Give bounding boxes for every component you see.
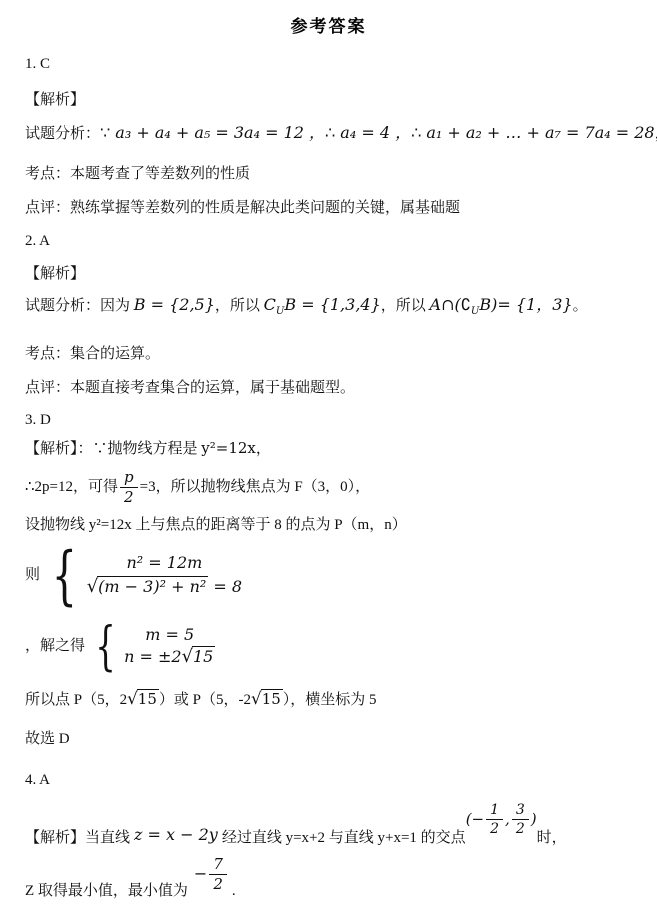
q3-sys2-eq2: n = ±2√15 — [124, 647, 215, 668]
q2-jiexi-label: 【解析】 — [25, 265, 632, 284]
q2-complement-cub: CUB = {1,3,4} — [264, 295, 381, 314]
q4-line2-prefix: Z 取得最小值，最小值为 — [25, 882, 188, 901]
q3-sys1-eq2-rhs: = 8 — [208, 577, 242, 596]
q2-cub-c: C — [264, 295, 276, 314]
sqrt-15: √15 — [251, 690, 283, 708]
q1-analysis-formula: ∵ a₃ + a₄ + a₅ = 3a₄ = 12 ，∴ a₄ = 4 ，∴ a… — [100, 123, 655, 142]
q4-pt-comma: , — [505, 810, 510, 829]
q3-sys1-label: 则 — [25, 566, 40, 585]
q4-line1-mid: 经过直线 y=x+2 与直线 y+x=1 的交点 — [222, 829, 466, 848]
sqrt-15: √15 — [182, 647, 216, 666]
q4-frac-1-2: 12 — [486, 803, 503, 836]
q1-answer: 1. C — [25, 55, 632, 74]
radical-sign: √ — [182, 646, 192, 667]
q2-intersection-rest: B)= {1，3} — [479, 295, 572, 314]
q2-set-b: B = {2,5} — [134, 295, 215, 314]
q3-sys2-eq2-lhs: n = ±2 — [124, 647, 181, 666]
q4-frac-7-2: 72 — [209, 857, 227, 892]
q1-jiexi-label: 【解析】 — [25, 91, 632, 110]
q3-parabola-eq: y²=12x — [201, 439, 256, 457]
q3-line3: 设抛物线 y²=12x 上与焦点的距离等于 8 的点为 P（m，n） — [25, 516, 632, 535]
q4-frac-1-2-num: 1 — [486, 803, 503, 820]
sqrt-expression: √(m − 3)² + n² — [87, 577, 209, 596]
q2-answer: 2. A — [25, 232, 632, 251]
q3-line2: ∴2p=12，可得p2=3，所以抛物线焦点为 F（3，0）， — [25, 470, 632, 505]
q4-frac-7-2-den: 2 — [213, 875, 223, 892]
answer-sheet-page: 参考答案 1. C 【解析】 试题分析：∵ a₃ + a₄ + a₅ = 3a₄… — [0, 0, 657, 914]
q2-cub-rest: B = {1,3,4} — [284, 295, 380, 314]
q3-conclusion: 故选 D — [25, 730, 632, 749]
q4-line2: Z 取得最小值，最小值为 −72 . — [25, 857, 632, 901]
radical-sign: √ — [251, 688, 261, 708]
q4-line1: 【解析】当直线 z = x − 2y 经过直线 y=x+2 与直线 y+x=1 … — [25, 803, 632, 848]
q2-mid2: ，所以 — [381, 298, 430, 314]
q3-line1-prefix: 【解析】：∵抛物线方程是 — [25, 441, 201, 457]
q4-frac-3-2-den: 2 — [516, 820, 525, 836]
q4-min-value: −72 — [194, 857, 229, 892]
radical-sign: √ — [87, 576, 97, 597]
q4-frac-3-2-num: 3 — [512, 803, 529, 820]
minus-sign: − — [194, 864, 207, 884]
q4-frac-7-2-num: 7 — [209, 857, 227, 875]
radical-sign: √ — [127, 688, 137, 708]
radicand: 15 — [261, 689, 283, 708]
q4-frac-1-2-den: 2 — [490, 820, 499, 836]
q4-intersection-point: (−12,32) — [466, 803, 537, 836]
q2-intersection-open: A∩(∁ — [430, 295, 471, 314]
q3-line2-prefix: ∴2p=12，可得 — [25, 478, 118, 497]
q3-sys2-label: ，解之得 — [25, 637, 85, 656]
q2-analysis-line: 试题分析：因为 B = {2,5}，所以 CUB = {1,3,4}，所以 A∩… — [25, 295, 632, 319]
q1-dianping: 点评：熟练掌握等差数列的性质是解决此类问题的关键，属基础题 — [25, 199, 632, 218]
left-brace: { — [95, 621, 116, 673]
q2-kaodian: 考点：集合的运算。 — [25, 345, 632, 364]
q1-kaodian: 考点：本题考查了等差数列的性质 — [25, 165, 632, 184]
q3-frac-p2: p2 — [120, 470, 138, 505]
q3-line4-a: 所以点 P（5，2 — [25, 692, 127, 708]
q3-frac-p2-num: p — [120, 470, 138, 488]
q3-frac-p2-den: 2 — [124, 488, 134, 505]
left-brace: { — [52, 544, 77, 608]
q2-dianping: 点评：本题直接考查集合的运算，属于基础题型。 — [25, 379, 632, 398]
q2-analysis-prefix: 试题分析：因为 — [25, 298, 134, 314]
q4-objective-line-eq: z = x − 2y — [134, 825, 218, 845]
q4-pt-open: (− — [466, 810, 484, 829]
q4-pt-close: ) — [531, 810, 537, 829]
q3-sys1-rows: n² = 12m √(m − 3)² + n² = 8 — [87, 554, 242, 598]
q2-intersection: A∩(∁UB)= {1，3} — [430, 295, 573, 314]
page-title: 参考答案 — [25, 12, 632, 37]
q3-line4-b: ）或 P（5，-2 — [159, 692, 251, 708]
radicand: 15 — [192, 646, 215, 666]
q4-line1-prefix: 【解析】当直线 — [25, 829, 130, 848]
q3-line1: 【解析】：∵抛物线方程是 y²=12x， — [25, 439, 632, 459]
q1-analysis-line: 试题分析：∵ a₃ + a₄ + a₅ = 3a₄ = 12 ，∴ a₄ = 4… — [25, 123, 632, 144]
q3-sys1-eq2: √(m − 3)² + n² = 8 — [87, 577, 242, 598]
q2-period: 。 — [573, 298, 588, 314]
radicand: (m − 3)² + n² — [97, 576, 208, 596]
q4-line2-period: . — [232, 882, 236, 901]
q3-sys1-eq1: n² = 12m — [126, 554, 202, 572]
q4-frac-3-2: 32 — [512, 803, 529, 836]
q1-analysis-prefix: 试题分析： — [25, 126, 100, 142]
q3-line2-suffix: =3，所以抛物线焦点为 F（3，0）， — [140, 478, 371, 497]
q3-sys2-rows: m = 5 n = ±2√15 — [124, 626, 215, 668]
q3-line1-suffix: ， — [256, 441, 271, 457]
q3-answer: 3. D — [25, 411, 632, 430]
q3-line4-c: ），横坐标为 5 — [283, 692, 377, 708]
radicand: 15 — [137, 689, 159, 708]
q3-equation-system-1: 则 { n² = 12m √(m − 3)² + n² = 8 — [25, 544, 632, 608]
q3-line4: 所以点 P（5，2√15）或 P（5，-2√15），横坐标为 5 — [25, 688, 632, 710]
q3-equation-system-2: ，解之得 { m = 5 n = ±2√15 — [25, 621, 632, 673]
q4-answer: 4. A — [25, 771, 632, 790]
q2-mid1: ，所以 — [215, 298, 264, 314]
q3-sys2-eq1: m = 5 — [145, 626, 194, 644]
sqrt-15: √15 — [127, 690, 159, 708]
q4-line1-suffix: 时， — [537, 829, 567, 848]
